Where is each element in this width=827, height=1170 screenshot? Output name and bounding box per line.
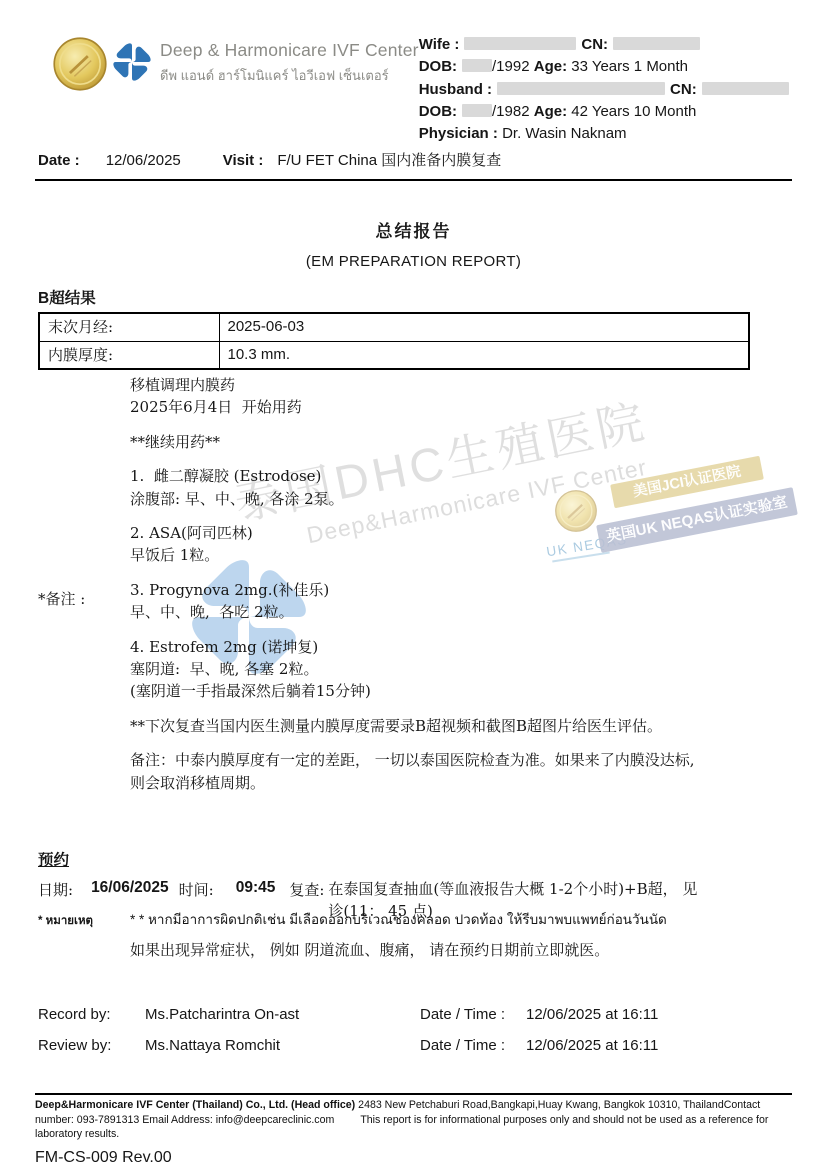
note-paragraph: 3. Progynova 2mg.(补佳乐)早、中、晚, 各吃 2粒。 [130,579,783,624]
record-by-label: Record by: [38,1006,145,1023]
note-paragraph: **继续用药** [130,431,783,453]
note-paragraph: 移植调理内膜药2025年6月4日 开始用药 [130,374,783,419]
wife-cn-label: CN: [581,36,608,53]
record-by-row: Record by: Ms.Patcharintra On-ast Date /… [38,1006,778,1023]
note-line: 早、中、晚, 各吃 2粒。 [130,601,783,623]
report-title-block: 总结报告 (EM PREPARATION REPORT) [0,217,827,270]
thai-remark-line: * * หากมีอาการผิดปกติเช่น มีเลือดออกบริเ… [130,908,667,930]
header-divider [35,179,792,181]
review-datetime-label: Date / Time : [420,1037,520,1054]
wife-dob-year: /1992 [492,58,530,75]
husband-age: 42 Years 10 Month [571,103,696,120]
medication-notes-section: *备注 : 移植调理内膜药2025年6月4日 开始用药**继续用药**1. 雌二… [38,374,783,806]
chinese-remark-line: 如果出现异常症状， 例如 阴道流血、腹痛， 请在预约日期前立即就医。 [130,939,667,960]
review-by-name: Ms.Nattaya Romchit [145,1037,420,1054]
signoff-section: Record by: Ms.Patcharintra On-ast Date /… [38,1006,778,1068]
wife-age: 33 Years 1 Month [571,58,688,75]
visit-date: 12/06/2025 [106,152,181,169]
wife-dob-redacted [462,59,492,72]
footer-company: Deep&Harmonicare IVF Center (Thailand) C… [35,1099,355,1111]
remark-section: * หมายเหตุ * * หากมีอาการผิดปกติเช่น มีเ… [38,908,758,960]
note-paragraph: **下次复查当国内医生测量内膜厚度需要录B超视频和截图B超图片给医生评估。 [130,715,783,737]
age-label: Age: [534,58,567,75]
husband-cn-label: CN: [670,81,697,98]
report-page: 泰国DHC生殖医院 Deep&Harmonicare IVF Center UK… [0,0,827,1170]
note-line: 3. Progynova 2mg.(补佳乐) [130,579,783,601]
wife-dob-row: DOB:/1992 Age: 33 Years 1 Month [419,56,815,78]
husband-dob-year: /1982 [492,103,530,120]
husband-row: Husband :CN: [419,79,815,101]
husband-name-redacted [497,82,665,95]
clinic-name-th: ดีพ แอนด์ ฮาร์โมนิแคร์ ไอวีเอฟ เซ็นเตอร์ [160,65,419,86]
header: Deep & Harmonicare IVF Center ดีพ แอนด์ … [38,34,815,145]
wife-row: Wife :CN: [419,34,815,56]
remark-side-label: *备注 : [38,588,85,609]
note-line: 1. 雌二醇凝胶 (Estrodose) [130,465,783,487]
wife-cn-redacted [613,37,700,50]
clinic-brand: Deep & Harmonicare IVF Center ดีพ แอนด์ … [52,34,419,145]
note-line: 涂腹部: 早、中、晚, 各涂 2泵。 [130,488,783,510]
ultrasound-section-title: B超结果 [38,286,750,308]
ultrasound-section: B超结果 末次月经: 2025-06-03 内膜厚度: 10.3 mm. [38,286,750,370]
review-by-row: Review by: Ms.Nattaya Romchit Date / Tim… [38,1037,778,1054]
note-paragraph: 2. ASA(阿司匹林)早饭后 1粒。 [130,522,783,567]
age-label-2: Age: [534,103,567,120]
note-line: 2025年6月4日 开始用药 [130,396,783,418]
visit-type: F/U FET China 国内准备内膜复查 [277,152,501,169]
note-line: 早饭后 1粒。 [130,544,783,566]
lmp-value: 2025-06-03 [219,313,749,341]
husband-label: Husband : [419,81,492,98]
wife-label: Wife : [419,36,460,53]
review-datetime-value: 12/06/2025 at 16:11 [526,1037,658,1054]
note-line: 4. Estrofem 2mg (诺坤复) [130,636,783,658]
lmp-label: 末次月经: [39,313,219,341]
physician-label: Physician : [419,125,498,142]
clinic-name-en: Deep & Harmonicare IVF Center [160,40,419,61]
report-title-en: (EM PREPARATION REPORT) [0,253,827,270]
note-paragraph: 1. 雌二醇凝胶 (Estrodose)涂腹部: 早、中、晚, 各涂 2泵。 [130,465,783,510]
table-row: 内膜厚度: 10.3 mm. [39,341,749,369]
review-by-label: Review by: [38,1037,145,1054]
note-line: 2. ASA(阿司匹林) [130,522,783,544]
table-row: 末次月经: 2025-06-03 [39,313,749,341]
note-line: (塞阴道一手指最深然后躺着15分钟) [130,680,783,702]
appointment-section-title: 预约 [38,848,790,870]
pinwheel-logo-icon [112,42,152,82]
physician-row: Physician : Dr. Wasin Naknam [419,123,815,145]
endometrium-thickness-value: 10.3 mm. [219,341,749,369]
form-code: FM-CS-009 Rev.00 [35,1149,792,1167]
note-line: 备注：中泰内膜厚度有一定的差距， 一切以泰国医院检查为准。如果来了内膜没达标, [130,749,783,771]
date-visit-line: Date :12/06/2025Visit :F/U FET China 国内准… [38,149,501,170]
physician-name: Dr. Wasin Naknam [502,125,626,142]
patient-info: Wife :CN: DOB:/1992 Age: 33 Years 1 Mont… [419,34,815,145]
thai-remark-side-label: * หมายเหตุ [38,908,130,960]
record-by-name: Ms.Patcharintra On-ast [145,1006,420,1023]
notes-paragraphs: 移植调理内膜药2025年6月4日 开始用药**继续用药**1. 雌二醇凝胶 (E… [130,374,783,794]
note-paragraph: 4. Estrofem 2mg (诺坤复)塞阴道: 早、晚, 各塞 2粒。(塞阴… [130,636,783,703]
endometrium-thickness-label: 内膜厚度: [39,341,219,369]
note-line: **继续用药** [130,431,783,453]
ultrasound-table: 末次月经: 2025-06-03 内膜厚度: 10.3 mm. [38,312,750,370]
dob-label-2: DOB: [419,103,457,120]
note-line: 则会取消移植周期。 [130,772,783,794]
note-line: 移植调理内膜药 [130,374,783,396]
husband-dob-row: DOB:/1982 Age: 42 Years 10 Month [419,101,815,123]
husband-cn-redacted [702,82,789,95]
visit-label: Visit : [223,152,264,169]
coin-logo-icon [52,36,108,92]
report-title-zh: 总结报告 [0,217,827,242]
note-paragraph: 备注：中泰内膜厚度有一定的差距， 一切以泰国医院检查为准。如果来了内膜没达标,则… [130,749,783,794]
record-datetime-label: Date / Time : [420,1006,520,1023]
date-label: Date : [38,152,80,169]
footer-text: Deep&Harmonicare IVF Center (Thailand) C… [35,1098,792,1142]
wife-name-redacted [464,37,576,50]
note-line: 塞阴道: 早、晚, 各塞 2粒。 [130,658,783,680]
husband-dob-redacted [462,104,492,117]
dob-label: DOB: [419,58,457,75]
footer: Deep&Harmonicare IVF Center (Thailand) C… [35,1093,792,1167]
record-datetime-value: 12/06/2025 at 16:11 [526,1006,658,1023]
note-line: **下次复查当国内医生测量内膜厚度需要录B超视频和截图B超图片给医生评估。 [130,715,783,737]
